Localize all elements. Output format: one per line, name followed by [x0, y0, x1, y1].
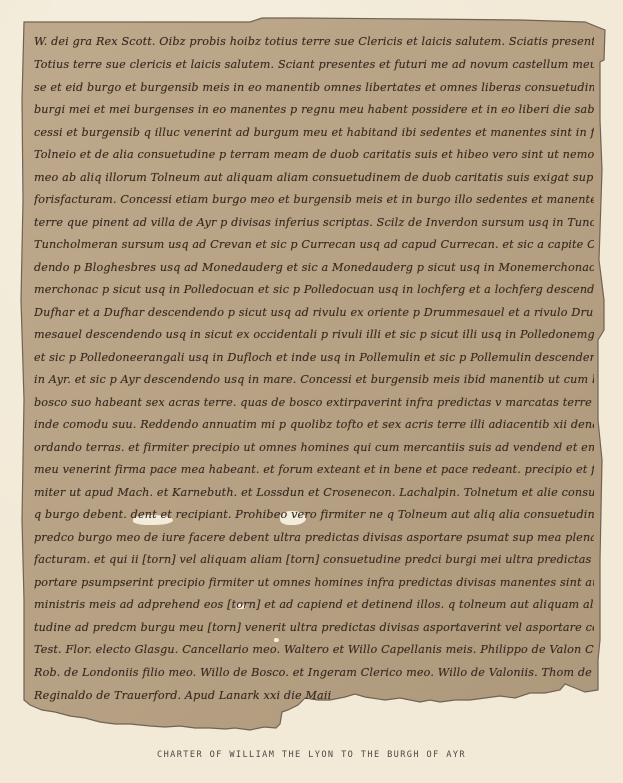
charter-line: W. dei gra Rex Scott. Oibz probis hoibz …: [34, 34, 594, 50]
charter-line: et sic p Polledoneerangali usq in Dufloc…: [34, 350, 594, 366]
charter-line: mesauel descendendo usq in sicut ex occi…: [34, 327, 594, 343]
charter-line: meo ab aliq illorum Tolneum aut aliquam …: [34, 170, 594, 186]
charter-line: se et eid burgo et burgensib meis in eo …: [34, 80, 594, 96]
charter-line: dendo p Bloghesbres usq ad Monedauderg e…: [34, 260, 594, 276]
charter-line: Tolneio et de alia consuetudine p terram…: [34, 147, 594, 163]
figure-caption: CHARTER OF WILLIAM THE LYON TO THE BURGH…: [0, 750, 623, 760]
charter-line: predco burgo meo de iure facere debent u…: [34, 530, 594, 546]
charter-line: cessi et burgensib q illuc venerint ad b…: [34, 125, 594, 141]
charter-witness-line: Test. Flor. electo Glasgu. Cancellario m…: [34, 642, 594, 658]
charter-dating-clause: Reginaldo de Trauerford. Apud Lanark xxi…: [34, 688, 594, 704]
charter-line: bosco suo habeant sex acras terre. quas …: [34, 395, 594, 411]
charter-text: W. dei gra Rex Scott. Oibz probis hoibz …: [34, 34, 594, 644]
charter-line: Totius terre sue clericis et laicis salu…: [34, 57, 594, 73]
charter-line: ministris meis ad adprehend eos [torn] e…: [34, 597, 594, 613]
charter-line: miter ut apud Mach. et Karnebuth. et Los…: [34, 485, 594, 501]
charter-line: burgi mei et mei burgenses in eo manente…: [34, 102, 594, 118]
charter-line: portare psumpserint precipio firmiter ut…: [34, 575, 594, 591]
charter-line: forisfacturam. Concessi etiam burgo meo …: [34, 192, 594, 208]
charter-line: merchonac p sicut usq in Polledocuan et …: [34, 282, 594, 298]
charter-line: inde comodu suu. Reddendo annuatim mi p …: [34, 417, 594, 433]
charter-line: q burgo debent. dent et recipiant. Prohi…: [34, 507, 594, 523]
charter-parchment: W. dei gra Rex Scott. Oibz probis hoibz …: [0, 0, 623, 740]
charter-line: facturam. et qui ii [torn] vel aliquam a…: [34, 552, 594, 568]
charter-line: meu venerint firma pace mea habeant. et …: [34, 462, 594, 478]
charter-line: Dufhar et a Dufhar descendendo p sicut u…: [34, 305, 594, 321]
charter-line: terre que pinent ad villa de Ayr p divis…: [34, 215, 594, 231]
charter-line: in Ayr. et sic p Ayr descendendo usq in …: [34, 372, 594, 388]
charter-witness-line: Rob. de Londoniis filio meo. Willo de Bo…: [34, 665, 594, 681]
charter-line: ordando terras. et firmiter precipio ut …: [34, 440, 594, 456]
charter-line: tudine ad predcm burgu meu [torn] veneri…: [34, 620, 594, 636]
charter-line: Tuncholmeran sursum usq ad Crevan et sic…: [34, 237, 594, 253]
